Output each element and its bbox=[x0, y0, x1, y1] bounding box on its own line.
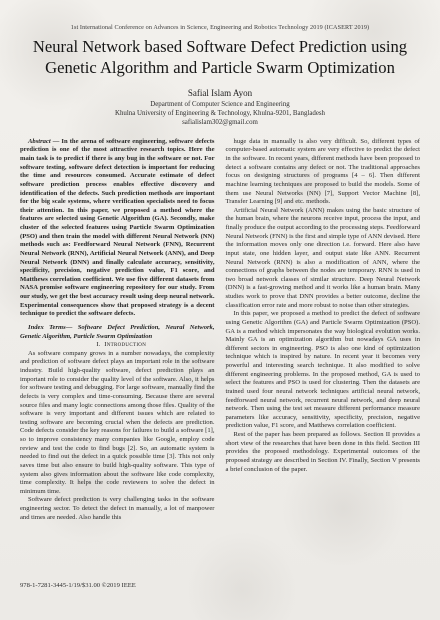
paper-title: Neural Network based Software Defect Pre… bbox=[28, 37, 412, 79]
author-name: Safial Islam Ayon bbox=[20, 88, 420, 98]
author-department: Department of Computer Science and Engin… bbox=[20, 100, 420, 109]
two-column-body: Abstract — In the arena of software engi… bbox=[20, 138, 420, 582]
abstract-paragraph: Abstract — In the arena of software engi… bbox=[20, 138, 215, 319]
abstract-text: — In the arena of software engineering, … bbox=[20, 138, 215, 318]
index-terms-section: Index Terms— Software Defect Prediction,… bbox=[20, 324, 215, 341]
section-title: Introduction bbox=[104, 341, 146, 348]
body-paragraph: As software company grows in a number no… bbox=[20, 350, 215, 497]
right-column: huge data in manually is also very diffi… bbox=[226, 138, 421, 582]
index-terms-label: Index Terms— bbox=[28, 324, 72, 331]
abstract-section: Abstract — In the arena of software engi… bbox=[20, 138, 215, 319]
body-paragraph: In this paper, we proposed a method to p… bbox=[226, 310, 421, 431]
section-heading-introduction: I.Introduction bbox=[20, 341, 215, 350]
index-terms-paragraph: Index Terms— Software Defect Prediction,… bbox=[20, 324, 215, 341]
section-number: I. bbox=[96, 341, 100, 348]
paper-page: 1st International Conference on Advances… bbox=[0, 0, 440, 620]
left-column: Abstract — In the arena of software engi… bbox=[20, 138, 215, 582]
body-paragraph: huge data in manually is also very diffi… bbox=[226, 138, 421, 207]
body-paragraph: Artificial Neural Network (ANN) makes us… bbox=[226, 207, 421, 311]
author-block: Safial Islam Ayon Department of Computer… bbox=[20, 88, 420, 128]
author-university: Khulna University of Engineering & Techn… bbox=[20, 109, 420, 118]
author-email: safialislam302@gmail.com bbox=[20, 118, 420, 127]
footer-copyright: 978-1-7281-3445-1/19/$31.00 ©2019 IEEE bbox=[20, 582, 136, 589]
conference-header: 1st International Conference on Advances… bbox=[20, 24, 420, 31]
body-paragraph: Rest of the paper has been prepared as f… bbox=[226, 431, 421, 474]
body-paragraph: Software defect prediction is very chall… bbox=[20, 496, 215, 522]
abstract-label: Abstract bbox=[28, 138, 51, 145]
